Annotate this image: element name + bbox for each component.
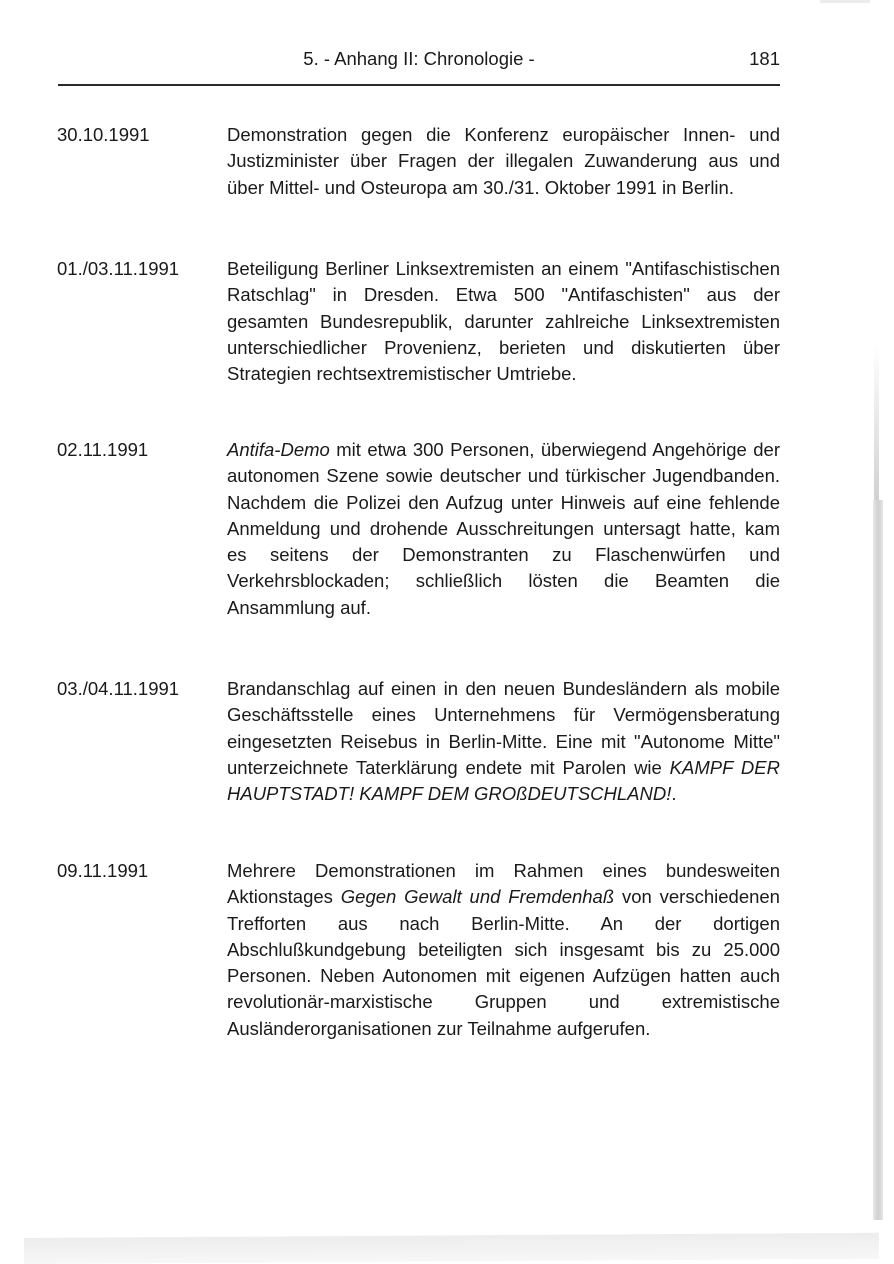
text-run: . <box>671 783 676 804</box>
chapter-title: 5. - Anhang II: Chronologie - <box>58 48 780 70</box>
running-head: 5. - Anhang II: Chronologie - 181 <box>58 46 780 74</box>
entry-date: 01./03.11.1991 <box>57 256 179 282</box>
scan-shadow-right <box>873 500 883 1220</box>
scan-shadow-right-top <box>874 345 879 505</box>
scan-shadow-bottom <box>24 1233 879 1264</box>
entry-text: Brandanschlag auf einen in den neuen Bun… <box>227 676 780 807</box>
header-rule <box>58 84 780 86</box>
scan-edge-top <box>820 0 870 3</box>
entry-date: 03./04.11.1991 <box>57 676 179 702</box>
entry-text: Mehrere Demonstrationen im Rahmen eines … <box>227 858 780 1042</box>
entry-date: 09.11.1991 <box>57 858 148 884</box>
entry-date: 30.10.1991 <box>57 122 150 148</box>
entry-text: Beteiligung Berliner Linksextremisten an… <box>227 256 780 387</box>
emphasized-text: Antifa-Demo <box>227 439 330 460</box>
text-run: Demonstration gegen die Konferenz europä… <box>227 124 780 198</box>
entry-text: Demonstration gegen die Konferenz europä… <box>227 122 780 201</box>
text-run: mit etwa 300 Personen, überwiegend Angeh… <box>227 439 780 618</box>
page-number: 181 <box>749 48 780 70</box>
entry-date: 02.11.1991 <box>57 437 148 463</box>
text-run: von verschiedenen Trefforten aus nach Be… <box>227 886 780 1038</box>
entry-text: Antifa-Demo mit etwa 300 Personen, überw… <box>227 437 780 621</box>
text-run: Beteiligung Berliner Linksextremisten an… <box>227 258 780 384</box>
emphasized-text: Gegen Gewalt und Fremdenhaß <box>341 886 614 907</box>
